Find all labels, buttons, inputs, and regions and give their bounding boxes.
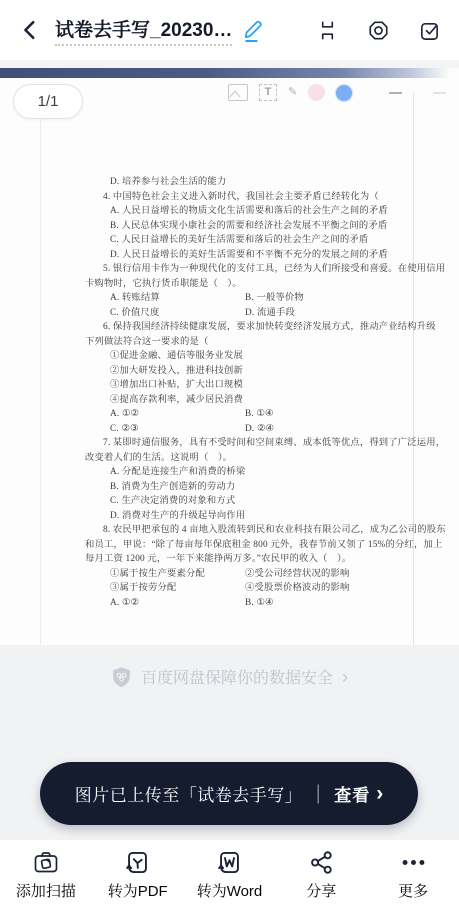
scan-line-left: C. ②③ (110, 424, 139, 434)
scan-text-line: 卡购物时，它执行货币职能是（ ）。 (85, 277, 420, 292)
scan-text-line: A. 人民日益增长的物质文化生活需要和落后的社会生产之间的矛盾 (85, 204, 420, 219)
scan-text-line: 改变着人们的生活。这说明（ ）。 (85, 451, 420, 466)
more-dots-icon (400, 849, 427, 876)
dash (433, 92, 446, 94)
scan-line-left: B. 消费为生产创造新的劳动力 (110, 482, 235, 492)
pink-dot (308, 84, 325, 101)
scan-text-line: A. 分配是连接生产和消费的桥梁 (85, 465, 420, 480)
rename-button[interactable] (241, 17, 265, 43)
scan-text-line: D. 人民日益增长的美好生活需要和不平衡不充分的发展之间的矛盾 (85, 248, 420, 263)
scan-text-line: 5. 银行信用卡作为一种现代化的支付工具，已经为人们所接受和喜爱。在使用信用 (85, 262, 420, 277)
scan-line-left: A. ①② (110, 409, 139, 419)
more-button[interactable]: 更多 (367, 840, 459, 917)
chevron-right-icon: › (342, 668, 348, 686)
scan-line-left: C. 生产决定消费的对象和方式 (110, 496, 235, 506)
tool-label: 转为Word (197, 880, 263, 901)
scan-line-right: B. 一般等价物 (245, 291, 304, 306)
scan-line-left: ①属于按生产要素分配 (110, 569, 205, 579)
convert-word-button[interactable]: 转为Word (184, 840, 276, 917)
upload-message: 图片已上传至「试卷去手写」 (75, 781, 303, 806)
scan-line-left: ④提高存款利率，减少居民消费 (110, 395, 243, 405)
scan-line-left: A. 人民日益增长的物质文化生活需要和落后的社会生产之间的矛盾 (110, 206, 388, 216)
scan-text-line: ④提高存款利率，减少居民消费 (85, 393, 420, 408)
scan-line-right: D. 流通手段 (245, 306, 295, 321)
flatten-adjust-button[interactable] (316, 19, 339, 42)
scan-line-left: 和员工，甲说：“除了每亩每年保底租金 800 元外，我春节前又领了 15%的分红… (85, 540, 442, 550)
scan-line-left: C. 价值尺度 (110, 308, 159, 318)
scan-line-right: ④受股票价格波动的影响 (245, 581, 349, 596)
view-button[interactable]: 查看 (334, 781, 370, 806)
scan-line-left: D. 人民日益增长的美好生活需要和不平衡不充分的发展之间的矛盾 (110, 250, 388, 260)
scan-line-left: ①促进金融、通信等服务业发展 (110, 351, 243, 361)
dash (389, 92, 402, 94)
scan-line-left: A. ①② (110, 598, 139, 608)
scan-line-left: B. 人民总体实现小康社会的需要和经济社会发展不平衡之间的矛盾 (110, 221, 387, 231)
scan-text-line: 4. 中国特色社会主义进入新时代，我国社会主要矛盾已经转化为（ (85, 190, 420, 205)
multi-select-icon (418, 19, 441, 42)
bottom-toolbar: 添加扫描 转为PDF 转为Word (0, 840, 459, 917)
text-tool-icon: T (259, 84, 277, 101)
scan-text-line: A. 转账结算B. 一般等价物 (85, 291, 420, 306)
scan-line-left: 改变着人们的生活。这说明（ ）。 (85, 453, 232, 463)
upload-toast[interactable]: 图片已上传至「试卷去手写」 | 查看 › (40, 762, 418, 825)
scan-line-right: ②受公司经营状况的影响 (245, 567, 349, 582)
scan-text-line: 7. 某即时通信服务，具有不受时间和空间束缚、成本低等优点，得到了广泛运用， (85, 436, 420, 451)
scan-text-line: ③增加出口补贴，扩大出口规模 (85, 378, 420, 393)
seal-stamp-icon (367, 19, 390, 42)
top-nav-bar: 试卷去手写_20230… (0, 0, 459, 60)
scan-line-left: D. 消费对生产的升级起导向作用 (110, 511, 245, 521)
scan-text-line: C. ②③D. ②④ (85, 422, 420, 437)
scan-text-line: 每月工资 1200 元，一年下来能挣两万多。”农民甲的收入（ ）。 (85, 552, 420, 567)
scan-line-right: D. ②④ (245, 422, 274, 437)
scan-line-left: 4. 中国特色社会主义进入新时代，我国社会主要矛盾已经转化为（ (103, 192, 379, 202)
scan-text-line: 8. 农民甲把承包的 4 亩地入股流转到民和农业科技有限公司乙，成为乙公司的股东 (85, 523, 420, 538)
bottom-gray-pane: 百度网盘保障你的数据安全 › 图片已上传至「试卷去手写」 | 查看 › (0, 645, 459, 840)
scan-line-left: 卡购物时，它执行货币职能是（ ）。 (85, 279, 242, 289)
scan-artifacts-row: T ✎ (228, 84, 459, 101)
image-icon (228, 84, 248, 101)
convert-pdf-icon (124, 849, 151, 876)
scan-line-left: A. 分配是连接生产和消费的桥梁 (110, 467, 245, 477)
scan-text-line: A. ①②B. ①④ (85, 596, 420, 611)
scan-text-line: ②加大研发投入，推进科技创新 (85, 364, 420, 379)
back-button[interactable] (18, 18, 42, 42)
edit-pencil-icon (241, 17, 265, 43)
scan-line-left: 8. 农民甲把承包的 4 亩地入股流转到民和农业科技有限公司乙，成为乙公司的股东 (103, 525, 446, 535)
scan-text-line: B. 人民总体实现小康社会的需要和经济社会发展不平衡之间的矛盾 (85, 219, 420, 234)
scan-line-left: 7. 某即时通信服务，具有不受时间和空间束缚、成本低等优点，得到了广泛运用， (103, 438, 445, 448)
add-scan-camera-icon (32, 849, 60, 876)
app-screen: 试卷去手写_20230… (0, 0, 459, 917)
blue-dot (336, 85, 352, 101)
convert-word-icon (216, 849, 243, 876)
scan-line-left: ②加大研发投入，推进科技创新 (110, 366, 243, 376)
scan-line-left: D. 培养参与社会生活的能力 (110, 177, 226, 187)
scan-text-line: D. 消费对生产的升级起导向作用 (85, 509, 420, 524)
scan-text-line: 下列做法符合这一要求的是（ (85, 335, 420, 350)
back-icon (19, 19, 41, 41)
scan-text-line: ①属于按生产要素分配②受公司经营状况的影响 (85, 567, 420, 582)
seal-stamp-button[interactable] (367, 19, 390, 42)
document-title: 试卷去手写_20230… (55, 15, 232, 46)
scan-text-line: 6. 保持我国经济持续健康发展，要求加快转变经济发展方式，推动产业结构升级 (85, 320, 420, 335)
security-note[interactable]: 百度网盘保障你的数据安全 › (0, 665, 459, 688)
scan-line-right: B. ①④ (245, 407, 274, 422)
tool-label: 转为PDF (108, 880, 168, 901)
scan-top-navy-strip (0, 68, 455, 78)
scan-text-line: C. 生产决定消费的对象和方式 (85, 494, 420, 509)
scan-line-left: 下列做法符合这一要求的是（ (85, 337, 208, 347)
tool-label: 添加扫描 (16, 880, 76, 901)
multi-select-button[interactable] (418, 19, 441, 42)
shield-netdisk-icon (111, 666, 132, 688)
scan-line-left: ③属于按劳分配 (110, 583, 176, 593)
pen-icon: ✎ (288, 87, 297, 98)
tool-label: 更多 (398, 880, 428, 901)
paper-left-edge (40, 118, 41, 645)
scan-line-left: ③增加出口补贴，扩大出口规模 (110, 380, 243, 390)
scan-viewer[interactable]: T ✎ 1/1 D. 培养参与社会生活的能力 4. 中国特色社会主义进入新时代，… (0, 60, 459, 645)
toast-divider: | (316, 782, 320, 805)
scan-text-line: A. ①②B. ①④ (85, 407, 420, 422)
convert-pdf-button[interactable]: 转为PDF (92, 840, 184, 917)
share-icon (308, 849, 335, 876)
security-note-text: 百度网盘保障你的数据安全 (141, 665, 333, 688)
page-indicator: 1/1 (13, 84, 83, 119)
scan-line-right: B. ①④ (245, 596, 274, 611)
viewer-top-gap (0, 60, 459, 68)
flatten-adjust-icon (316, 19, 339, 42)
add-scan-button[interactable]: 添加扫描 (0, 840, 92, 917)
chevron-right-icon: › (376, 783, 383, 804)
share-button[interactable]: 分享 (275, 840, 367, 917)
scan-line-left: 每月工资 1200 元，一年下来能挣两万多。”农民甲的收入（ ）。 (85, 554, 351, 564)
scan-text-line: B. 消费为生产创造新的劳动力 (85, 480, 420, 495)
scan-text-line: ①促进金融、通信等服务业发展 (85, 349, 420, 364)
scan-text-line: ③属于按劳分配④受股票价格波动的影响 (85, 581, 420, 596)
scan-text-line: D. 培养参与社会生活的能力 (85, 175, 420, 190)
scan-line-left: 5. 银行信用卡作为一种现代化的支付工具，已经为人们所接受和喜爱。在使用信用 (103, 264, 445, 274)
tool-label: 分享 (306, 880, 336, 901)
scan-text-line: C. 价值尺度D. 流通手段 (85, 306, 420, 321)
scan-text-line: C. 人民日益增长的美好生活需要和落后的社会生产之间的矛盾 (85, 233, 420, 248)
scan-line-left: 6. 保持我国经济持续健康发展，要求加快转变经济发展方式，推动产业结构升级 (103, 322, 436, 332)
scan-text-line: 和员工，甲说：“除了每亩每年保底租金 800 元外，我春节前又领了 15%的分红… (85, 538, 420, 553)
scan-line-left: C. 人民日益增长的美好生活需要和落后的社会生产之间的矛盾 (110, 235, 368, 245)
scanned-exam-text: D. 培养参与社会生活的能力 4. 中国特色社会主义进入新时代，我国社会主要矛盾… (85, 175, 420, 610)
scan-line-left: A. 转账结算 (110, 293, 160, 303)
